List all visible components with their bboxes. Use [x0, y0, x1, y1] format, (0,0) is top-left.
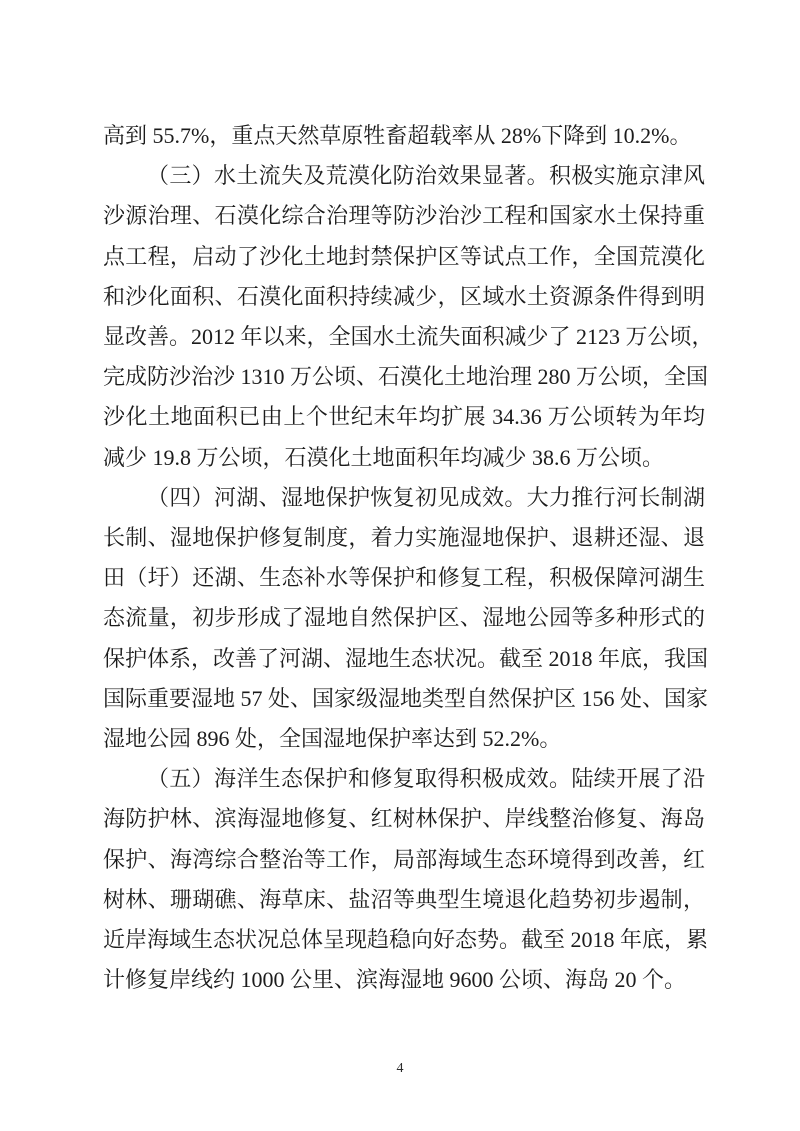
document-page: 高到 55.7%，重点天然草原牲畜超载率从 28%下降到 10.2%。（三）水土…: [0, 0, 800, 1131]
text-line: （三）水土流失及荒漠化防治效果显著。积极实施京津风: [103, 156, 705, 196]
text-line: 态流量，初步形成了湿地自然保护区、湿地公园等多种形式的: [103, 598, 705, 638]
text-line: 高到 55.7%，重点天然草原牲畜超载率从 28%下降到 10.2%。: [103, 116, 705, 156]
text-line: 树林、珊瑚礁、海草床、盐沼等典型生境退化趋势初步遏制，: [103, 880, 705, 920]
text-line: 计修复岸线约 1000 公里、滨海湿地 9600 公顷、海岛 20 个。: [103, 960, 705, 1000]
text-line: 和沙化面积、石漠化面积持续减少，区域水土资源条件得到明: [103, 277, 705, 317]
text-line: 湿地公园 896 处，全国湿地保护率达到 52.2%。: [103, 719, 705, 759]
text-line: （五）海洋生态保护和修复取得积极成效。陆续开展了沿: [103, 759, 705, 799]
text-line: 沙化土地面积已由上个世纪末年均扩展 34.36 万公顷转为年均: [103, 397, 705, 437]
text-line: 国际重要湿地 57 处、国家级湿地类型自然保护区 156 处、国家: [103, 679, 705, 719]
text-line: 显改善。2012 年以来，全国水土流失面积减少了 2123 万公顷，: [103, 317, 705, 357]
paragraph: （三）水土流失及荒漠化防治效果显著。积极实施京津风沙源治理、石漠化综合治理等防沙…: [103, 156, 705, 478]
text-line: （四）河湖、湿地保护恢复初见成效。大力推行河长制湖: [103, 478, 705, 518]
paragraph: 高到 55.7%，重点天然草原牲畜超载率从 28%下降到 10.2%。: [103, 116, 705, 156]
paragraph: （四）河湖、湿地保护恢复初见成效。大力推行河长制湖长制、湿地保护修复制度，着力实…: [103, 478, 705, 759]
page-number: 4: [0, 1060, 800, 1078]
text-line: 长制、湿地保护修复制度，着力实施湿地保护、退耕还湿、退: [103, 518, 705, 558]
text-line: 海防护林、滨海湿地修复、红树林保护、岸线整治修复、海岛: [103, 799, 705, 839]
text-line: 减少 19.8 万公顷，石漠化土地面积年均减少 38.6 万公顷。: [103, 438, 705, 478]
text-line: 完成防沙治沙 1310 万公顷、石漠化土地治理 280 万公顷，全国: [103, 357, 705, 397]
paragraph: （五）海洋生态保护和修复取得积极成效。陆续开展了沿海防护林、滨海湿地修复、红树林…: [103, 759, 705, 1000]
text-line: 近岸海域生态状况总体呈现趋稳向好态势。截至 2018 年底，累: [103, 920, 705, 960]
text-line: 保护、海湾综合整治等工作，局部海域生态环境得到改善，红: [103, 840, 705, 880]
document-body: 高到 55.7%，重点天然草原牲畜超载率从 28%下降到 10.2%。（三）水土…: [103, 116, 705, 1000]
text-line: 沙源治理、石漠化综合治理等防沙治沙工程和国家水土保持重: [103, 196, 705, 236]
text-line: 点工程，启动了沙化土地封禁保护区等试点工作，全国荒漠化: [103, 237, 705, 277]
text-line: 保护体系，改善了河湖、湿地生态状况。截至 2018 年底，我国: [103, 639, 705, 679]
text-line: 田（圩）还湖、生态补水等保护和修复工程，积极保障河湖生: [103, 558, 705, 598]
